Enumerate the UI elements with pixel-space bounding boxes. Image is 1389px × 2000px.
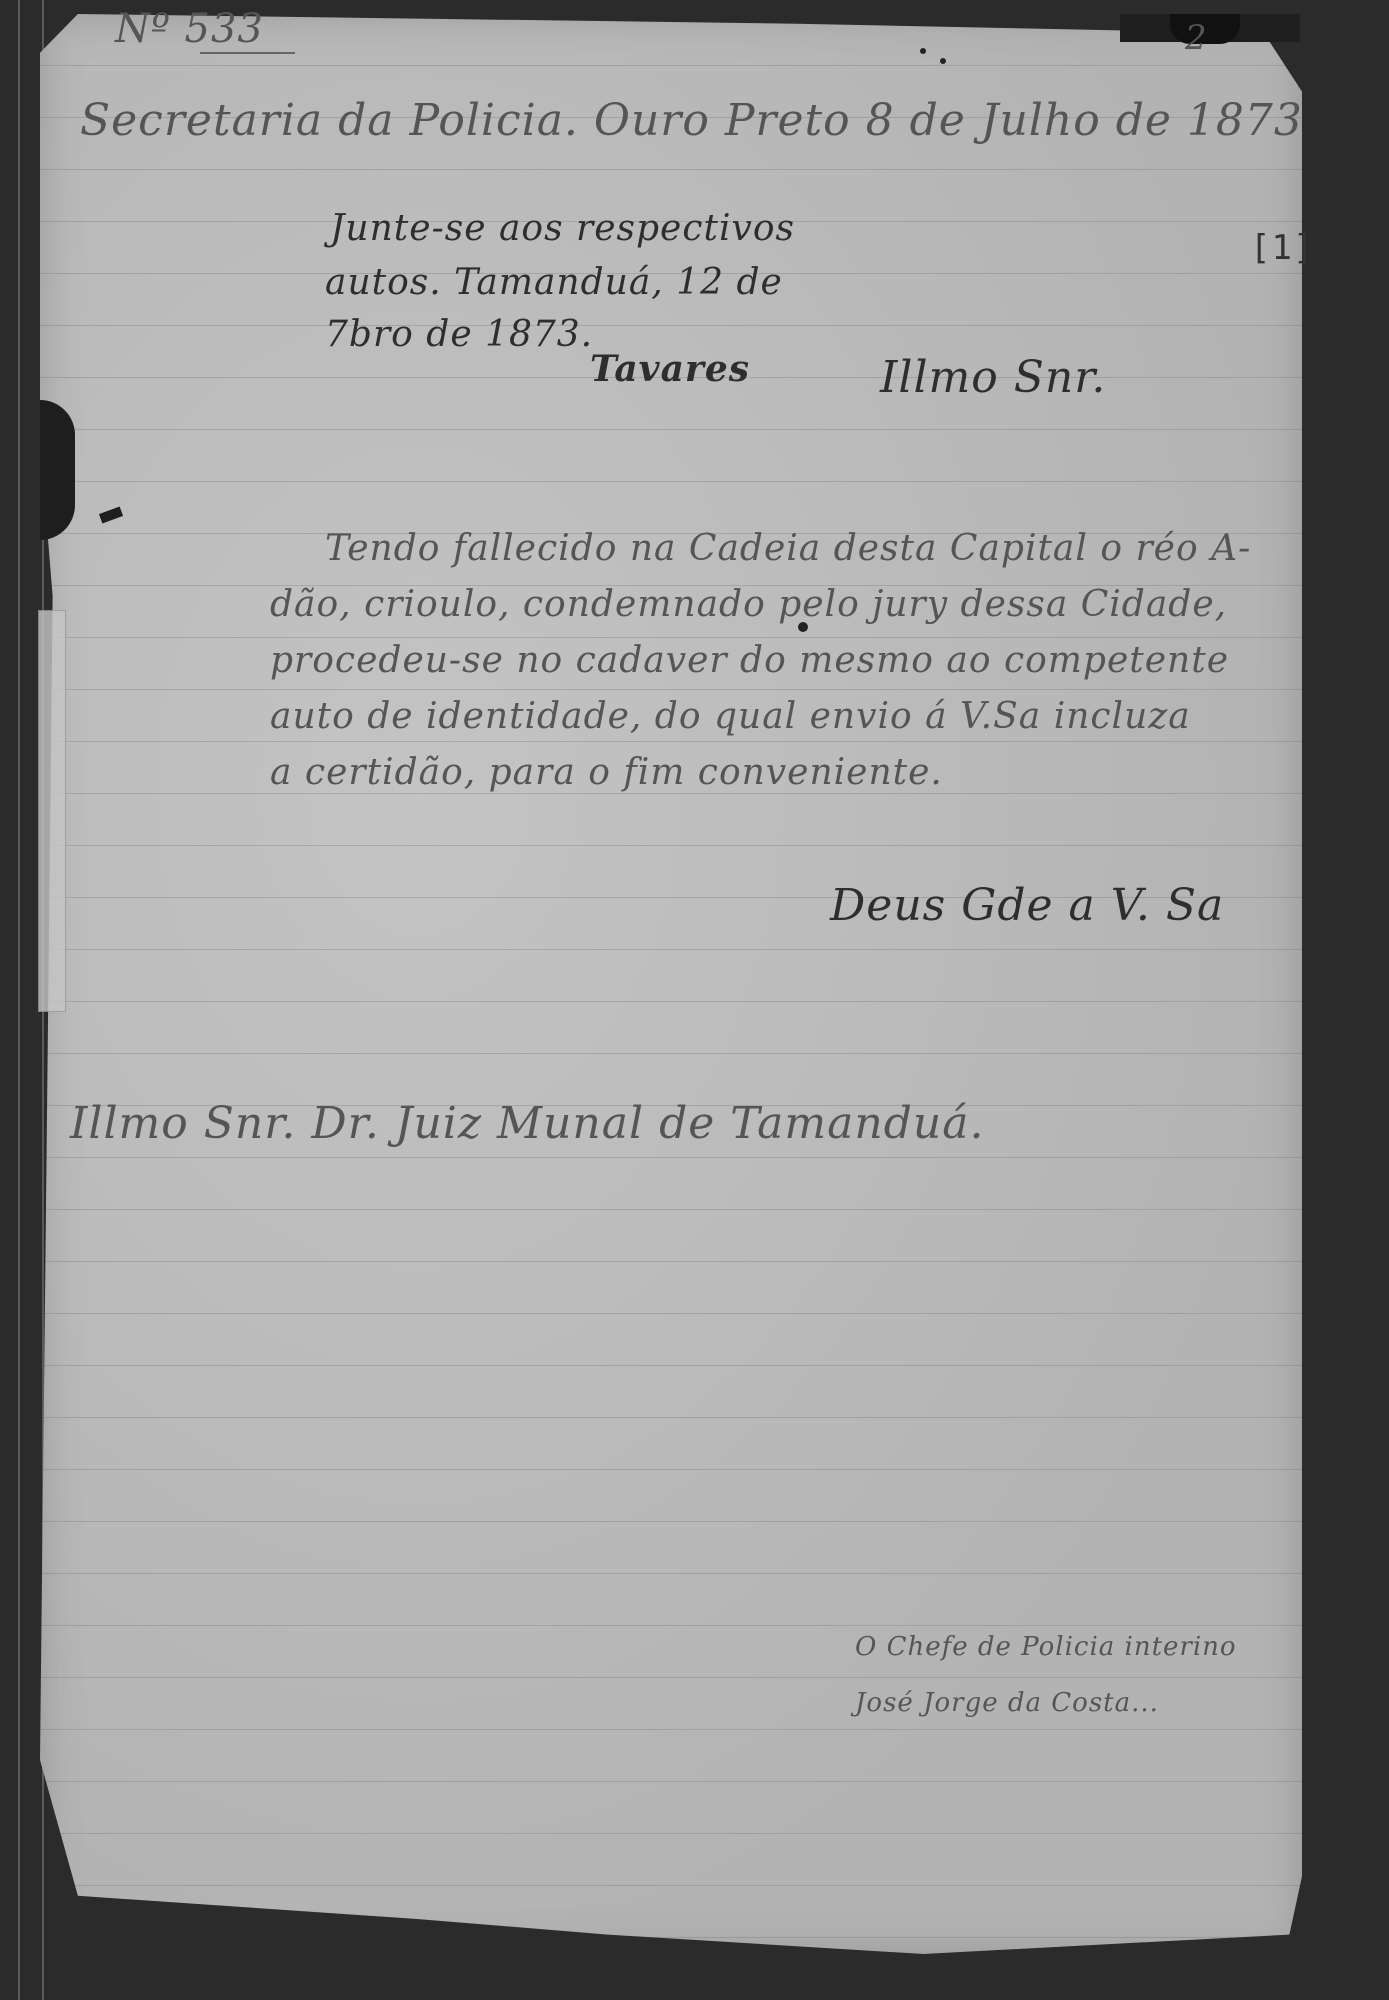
ink-dot [940,58,946,64]
marginal-note-signature: Tavares [590,348,750,390]
register-underline [200,52,295,54]
binding-edge [18,0,20,2000]
marginal-note-line: 7bro de 1873. [325,314,593,355]
repair-tape [38,610,66,1012]
ink-dot [920,48,926,54]
manuscript-page [40,14,1302,1954]
marginal-note-line: Junte-se aos respectivos [330,208,795,249]
body-line: procedeu-se no cadaver do mesmo ao compe… [270,640,1229,681]
heading-line: Secretaria da Policia. Ouro Preto 8 de J… [80,95,1303,146]
closing-formula: Deus Gde a V. Sa [830,880,1224,931]
body-line: Tendo fallecido na Cadeia desta Capital … [325,528,1251,569]
marginal-note-line: autos. Tamanduá, 12 de [325,262,783,303]
body-line: auto de identidade, do qual envio á V.Sa… [270,696,1191,737]
salutation: Illmo Snr. [880,352,1106,403]
folio-marker: [1] [1250,228,1314,268]
page-number: 2 [1185,18,1208,58]
paper-tear [40,400,75,540]
sign-off-title: O Chefe de Policia interino [855,1632,1237,1662]
register-number: Nº 533 [115,6,264,52]
sign-off-name: José Jorge da Costa... [855,1688,1159,1718]
body-line: dão, crioulo, condemnado pelo jury dessa… [270,584,1227,625]
body-line: a certidão, para o fim conveniente. [270,752,943,793]
addressee: Illmo Snr. Dr. Juiz Munal de Tamanduá. [70,1098,984,1149]
